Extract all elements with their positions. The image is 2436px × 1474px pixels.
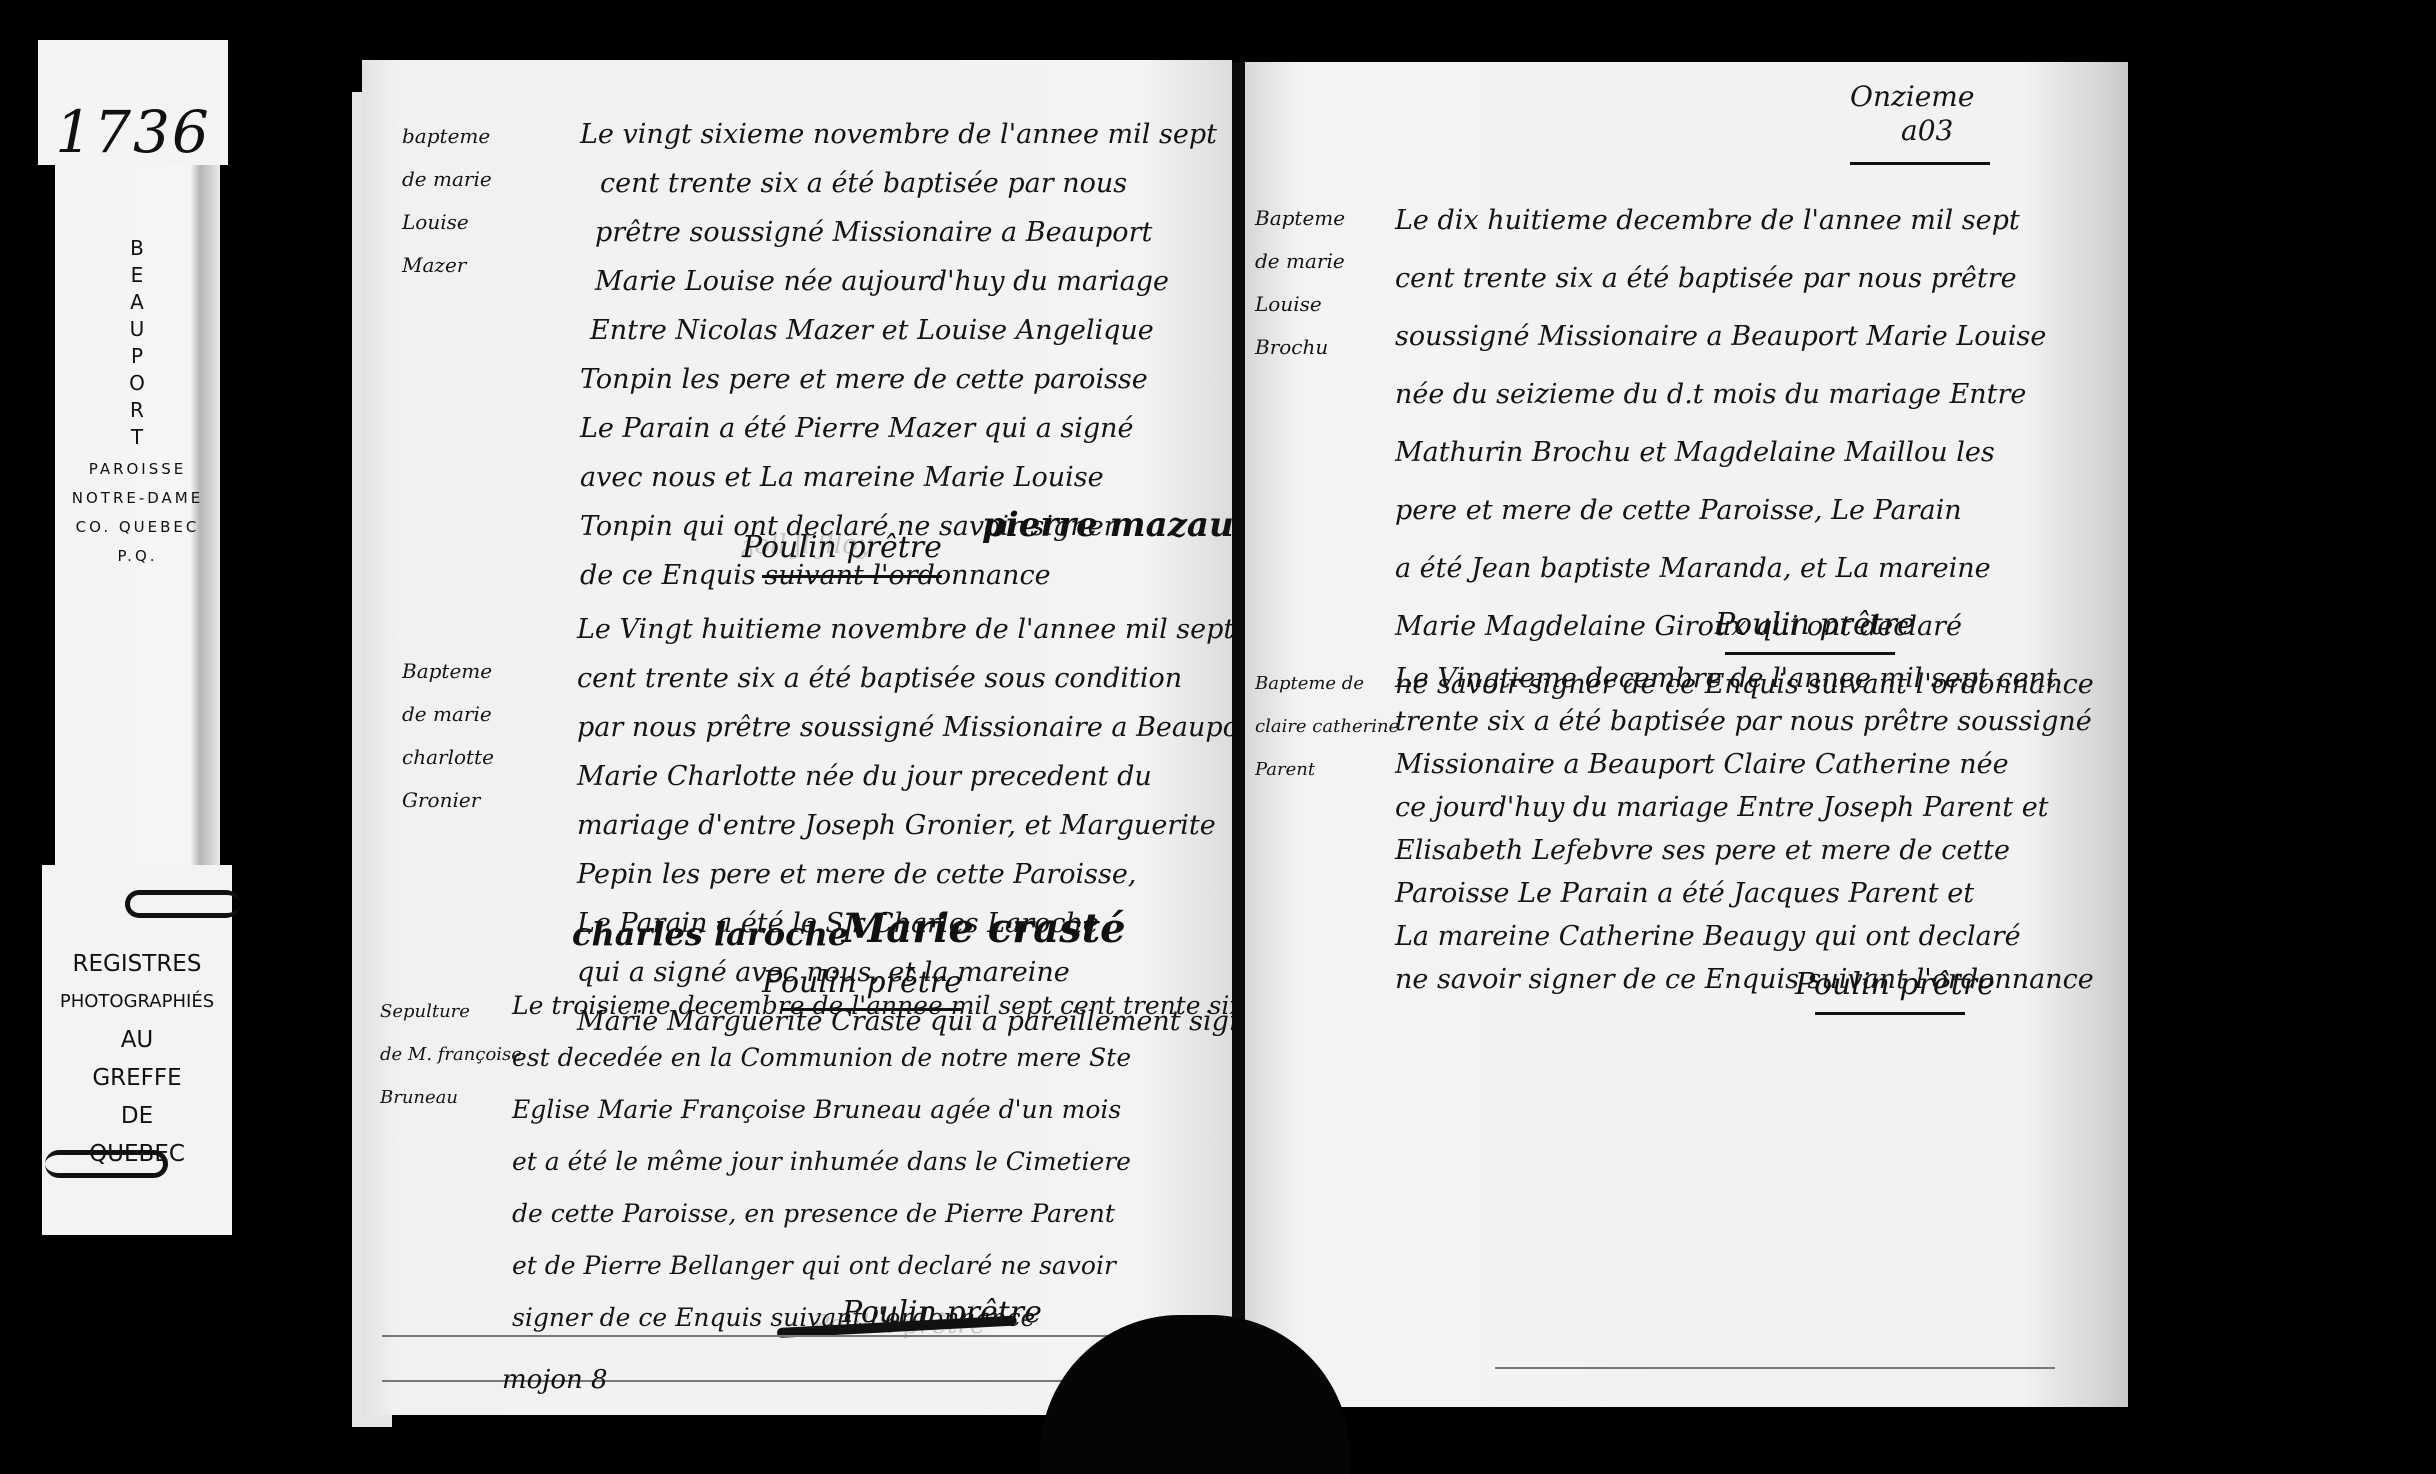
signature-priest: Poulin prêtre bbox=[1795, 967, 1995, 1002]
place-letter: B bbox=[55, 235, 220, 262]
signature-godfather: charles laroche bbox=[572, 915, 848, 953]
page-edge-line bbox=[382, 1335, 1142, 1337]
place-letter: E bbox=[55, 262, 220, 289]
entry-baptism-claire-catherine-parent: Le Vingtieme decembre de l'annee mil sep… bbox=[1395, 657, 2094, 1001]
signature-flourish bbox=[1725, 652, 1895, 655]
entry-burial-marie-francoise-bruneau: Le troisieme decembre de l'annee mil sep… bbox=[512, 980, 1232, 1344]
margin-note-baptism-claire-catherine: Bapteme de claire catherine Parent bbox=[1255, 662, 1399, 791]
place-letter: U bbox=[55, 316, 220, 343]
margin-note-baptism-marie-louise-brochu: Bapteme de marie Louise Brochu bbox=[1255, 197, 1345, 369]
paperclip-icon bbox=[125, 890, 240, 918]
place-letter: T bbox=[55, 424, 220, 451]
parish-lines: PAROISSE NOTRE-DAME CO. QUEBEC P.Q. bbox=[55, 455, 220, 571]
left-page: ᵹoll ʃl ʃlloy Poulin prêtre bapteme de m… bbox=[362, 60, 1232, 1415]
year-card: 1736 bbox=[38, 40, 228, 165]
folio-value: a03 bbox=[1850, 114, 1974, 148]
registry-line: GREFFE bbox=[42, 1059, 232, 1097]
folio-label: Onzieme bbox=[1850, 80, 1974, 114]
margin-note-baptism-marie-louise: bapteme de marie Louise Mazer bbox=[402, 115, 492, 287]
folio-number: Onzieme a03 bbox=[1850, 80, 1974, 148]
paperclip-icon bbox=[45, 1150, 168, 1178]
registry-line: DE bbox=[42, 1097, 232, 1135]
registry-card: REGISTRES PHOTOGRAPHIÉS AU GREFFE DE QUE… bbox=[42, 865, 232, 1235]
page-edge-line bbox=[1495, 1367, 2055, 1369]
signature-godmother: Marie crasté bbox=[842, 905, 1126, 952]
parish-line: CO. QUEBEC bbox=[55, 513, 220, 542]
margin-note-baptism-marie-charlotte: Bapteme de marie charlotte Gronier bbox=[402, 650, 494, 822]
right-page: Onzieme a03 Bapteme de marie Louise Broc… bbox=[1245, 62, 2128, 1407]
book-gutter bbox=[1232, 62, 1245, 1342]
registry-line: REGISTRES bbox=[42, 945, 232, 983]
parish-line: NOTRE-DAME bbox=[55, 484, 220, 513]
place-letter: R bbox=[55, 397, 220, 424]
margin-note-burial-marie-francoise: Sepulture de M. françoise Bruneau bbox=[380, 990, 522, 1119]
signature-flourish bbox=[762, 575, 942, 578]
registry-line: AU bbox=[42, 1021, 232, 1059]
signature-priest: Poulin prêtre bbox=[742, 530, 942, 565]
folio-flourish bbox=[1850, 162, 1990, 165]
parish-line: P.Q. bbox=[55, 542, 220, 571]
registry-card-text: REGISTRES PHOTOGRAPHIÉS AU GREFFE DE QUE… bbox=[42, 945, 232, 1173]
signature-flourish bbox=[1815, 1012, 1965, 1015]
footer-note: mojon 8 bbox=[502, 1365, 608, 1395]
place-letter: P bbox=[55, 343, 220, 370]
year-label: 1736 bbox=[38, 98, 228, 166]
registry-line: PHOTOGRAPHIÉS bbox=[42, 983, 232, 1021]
place-letter: A bbox=[55, 289, 220, 316]
signature-priest: Poulin prêtre bbox=[1715, 607, 1915, 642]
place-letter: O bbox=[55, 370, 220, 397]
place-name-vertical: B E A U P O R T bbox=[55, 235, 220, 451]
parish-line: PAROISSE bbox=[55, 455, 220, 484]
archive-label-strip: B E A U P O R T PAROISSE NOTRE-DAME CO. … bbox=[55, 165, 220, 865]
signature-godfather: pierre mazaux bbox=[982, 505, 1232, 545]
